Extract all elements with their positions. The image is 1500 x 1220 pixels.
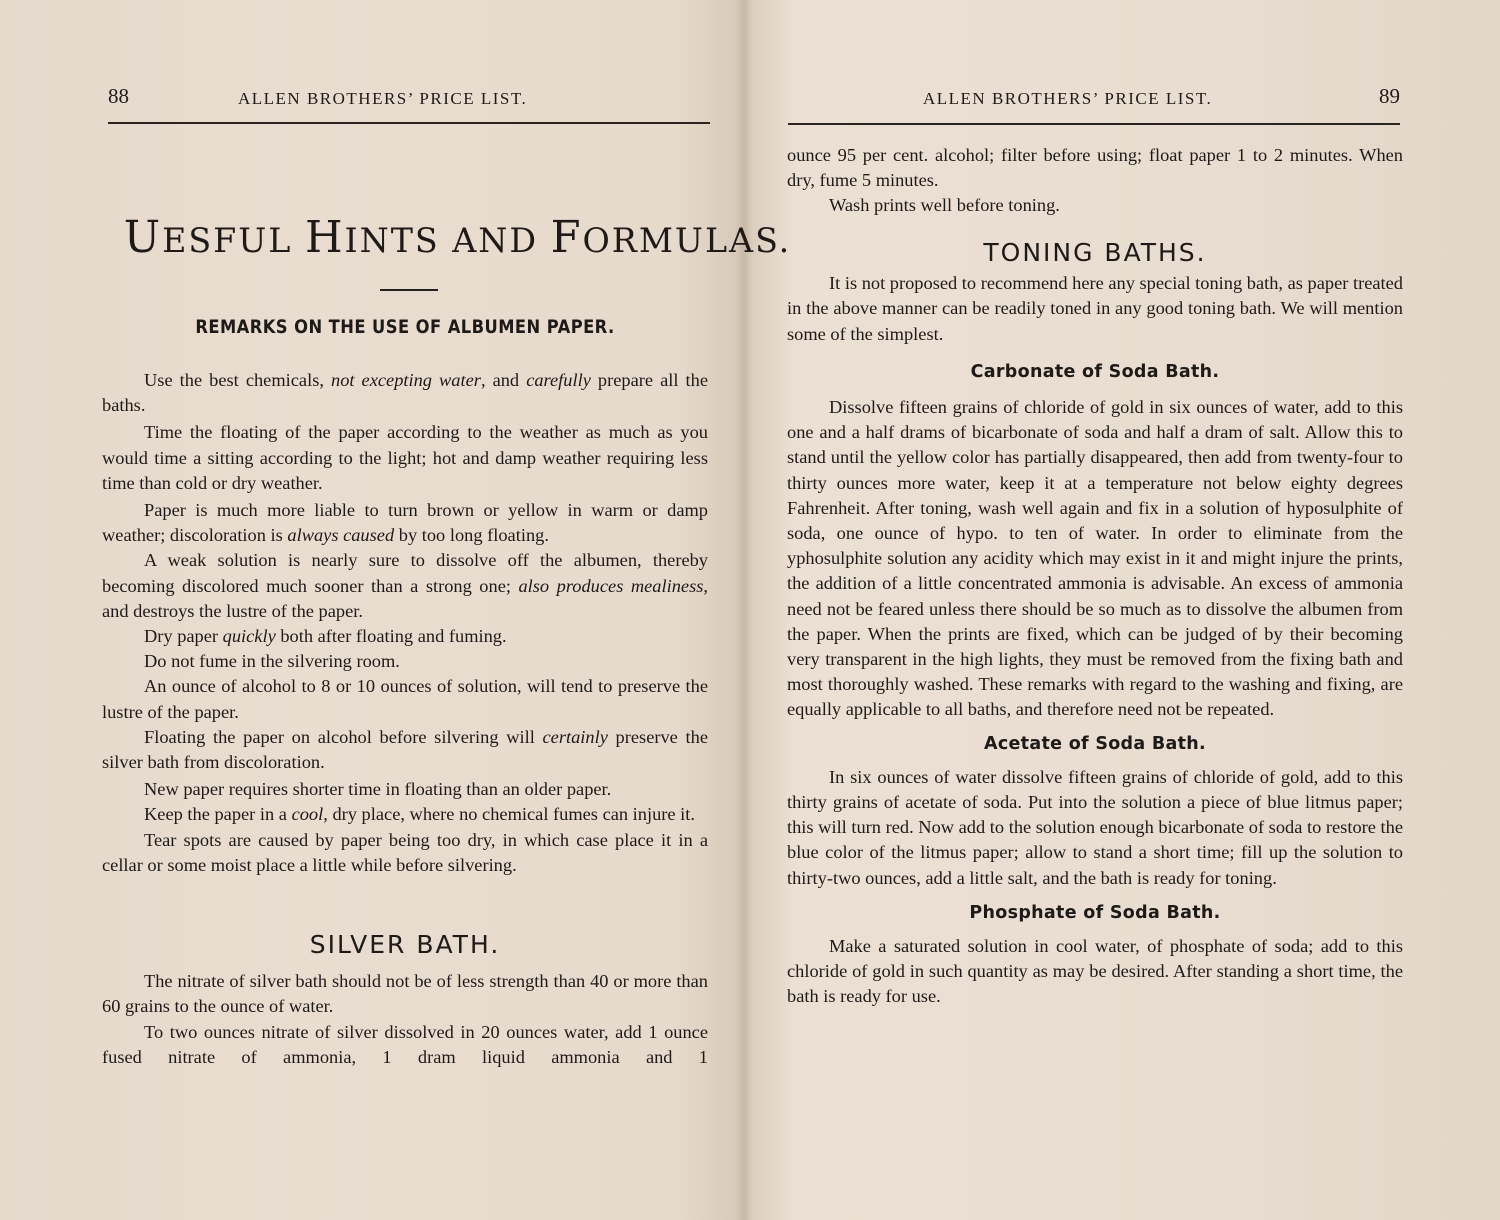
paragraph: The nitrate of silver bath should not be… (102, 969, 708, 1019)
title-initial: U (124, 212, 162, 263)
continuation-text: ounce 95 per cent. alcohol; filter befor… (787, 143, 1403, 219)
paragraph: Paper is much more liable to turn brown … (102, 498, 708, 548)
paragraph: Wash prints well before toning. (787, 193, 1403, 218)
running-head-left: 88 ALLEN BROTHERS’ PRICE LIST. (108, 86, 710, 112)
remarks-body: Use the best chemicals, not excepting wa… (102, 368, 708, 878)
header-rule (108, 122, 710, 124)
paragraph: Dry paper quickly both after floating an… (102, 624, 708, 649)
section-subtitle: REMARKS ON THE USE OF ALBUMEN PAPER. (143, 316, 668, 338)
paragraph: An ounce of alcohol to 8 or 10 ounces of… (102, 674, 708, 724)
running-head-title: ALLEN BROTHERS’ PRICE LIST. (923, 89, 1212, 109)
paragraph: New paper requires shorter time in float… (102, 777, 708, 802)
running-head-title: ALLEN BROTHERS’ PRICE LIST. (238, 89, 527, 109)
header-rule (788, 123, 1400, 125)
book-spread: 88 ALLEN BROTHERS’ PRICE LIST. UESFUL HI… (0, 0, 1500, 1220)
section-heading: TONING BATHS. (787, 240, 1403, 265)
paragraph: To two ounces nitrate of silver dissolve… (102, 1020, 708, 1070)
section-heading: SILVER BATH. (102, 932, 708, 957)
page-number: 88 (108, 84, 129, 109)
paragraph: Keep the paper in a cool, dry place, whe… (102, 802, 708, 827)
page-88: 88 ALLEN BROTHERS’ PRICE LIST. UESFUL HI… (0, 0, 745, 1220)
toning-section: TONING BATHS. It is not proposed to reco… (787, 240, 1403, 1010)
page-number: 89 (1379, 84, 1400, 109)
title-text: ESFUL (162, 221, 305, 261)
page-89: ALLEN BROTHERS’ PRICE LIST. 89 ounce 95 … (755, 0, 1500, 1220)
paragraph: Make a saturated solution in cool water,… (787, 934, 1403, 1010)
title-divider (380, 289, 438, 291)
paragraph: A weak solution is nearly sure to dissol… (102, 548, 708, 624)
paragraph: Time the floating of the paper according… (102, 420, 708, 496)
paragraph: Tear spots are caused by paper being too… (102, 828, 708, 878)
silver-bath-section: SILVER BATH. The nitrate of silver bath … (102, 932, 708, 1070)
paragraph: ounce 95 per cent. alcohol; filter befor… (787, 143, 1403, 193)
paragraph: In six ounces of water dissolve fifteen … (787, 765, 1403, 891)
subsection-heading: Phosphate of Soda Bath. (787, 901, 1403, 926)
paragraph: Use the best chemicals, not excepting wa… (102, 368, 708, 418)
subsection-heading: Carbonate of Soda Bath. (787, 360, 1403, 385)
paragraph: Floating the paper on alcohol before sil… (102, 725, 708, 775)
paragraph: Dissolve fifteen grains of chloride of g… (787, 395, 1403, 723)
title-initial: H (305, 212, 345, 263)
subsection-heading: Acetate of Soda Bath. (787, 732, 1403, 757)
title-initial: F (551, 212, 583, 263)
paragraph: Do not fume in the silvering room. (102, 649, 708, 674)
paragraph: It is not proposed to recommend here any… (787, 271, 1403, 347)
title-text: INTS AND (345, 221, 551, 261)
running-head-right: ALLEN BROTHERS’ PRICE LIST. 89 (788, 86, 1400, 112)
chapter-title: UESFUL HINTS AND FORMULAS. (124, 212, 692, 263)
